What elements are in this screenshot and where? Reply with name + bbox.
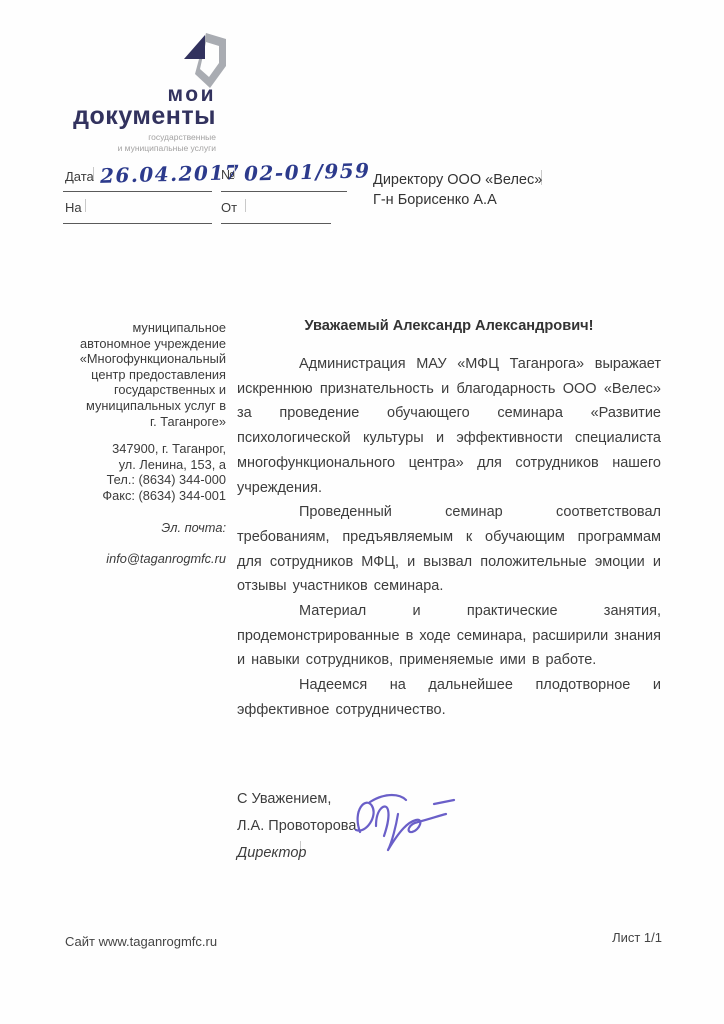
footer-website: Сайт www.taganrogmfc.ru <box>65 934 217 949</box>
signature-closing: С Уважением, <box>237 786 356 813</box>
letter-paragraph: Надеемся на дальнейшее плодотворное и эф… <box>237 673 661 722</box>
handwritten-date-value: 26.04.2017 <box>100 160 241 188</box>
letter-salutation: Уважаемый Александр Александрович! <box>237 318 661 334</box>
logo-subtitle-line1: государственные <box>40 132 216 143</box>
addressee-line1: Директору ООО «Велес» <box>373 171 542 191</box>
ot-field-underline <box>221 223 331 224</box>
logo-text-dokumenty: документы <box>40 104 216 129</box>
letter-paragraph: Проведенный семинар соответствовал требо… <box>237 500 661 599</box>
logo-wordmark: мои документы государственные и муниципа… <box>40 86 216 154</box>
sender-email-block: Эл. почта: info@taganrogmfc.ru <box>58 504 226 582</box>
moi-dokumenty-logo-icon <box>182 32 228 90</box>
signature-block: С Уважением, Л.А. Провоторова Директор <box>237 786 356 867</box>
scan-artifact-tick <box>93 167 94 180</box>
letter-paragraph: Материал и практические занятия, продемо… <box>237 599 661 673</box>
addressee-block: Директору ООО «Велес» Г-н Борисенко А.А <box>373 171 542 210</box>
handwritten-number-value: 02-01/959 <box>244 158 371 185</box>
number-field-label: № <box>221 167 235 182</box>
sender-organization: муниципальное автономное учреждение «Мно… <box>58 320 226 429</box>
na-field-label: На <box>65 200 82 215</box>
letter-body: Администрация МАУ «МФЦ Таганрога» выража… <box>237 352 661 723</box>
scan-artifact-tick <box>234 165 235 178</box>
number-field-underline <box>221 191 347 192</box>
handwritten-signature-ink <box>342 780 467 865</box>
footer-page-number: Лист 1/1 <box>612 930 662 945</box>
ot-field-label: От <box>221 200 237 215</box>
letter-paragraph: Администрация МАУ «МФЦ Таганрога» выража… <box>237 352 661 500</box>
addressee-line2: Г-н Борисенко А.А <box>373 191 542 211</box>
na-field-underline <box>63 223 212 224</box>
scanned-letter-page: мои документы государственные и муниципа… <box>0 0 724 1024</box>
sender-address: 347900, г. Таганрог, ул. Ленина, 153, а … <box>58 441 226 503</box>
signatory-name: Л.А. Провоторова <box>237 813 356 840</box>
date-field-label: Дата <box>65 169 94 184</box>
scan-artifact-tick <box>85 199 86 212</box>
scan-artifact-tick <box>245 199 246 212</box>
sender-email-label: Эл. почта: <box>58 520 226 536</box>
logo-subtitle: государственные и муниципальные услуги <box>40 132 216 154</box>
logo-subtitle-line2: и муниципальные услуги <box>40 143 216 154</box>
signatory-title: Директор <box>237 840 356 867</box>
date-field-underline <box>63 191 212 192</box>
sender-email: info@taganrogmfc.ru <box>58 551 226 567</box>
